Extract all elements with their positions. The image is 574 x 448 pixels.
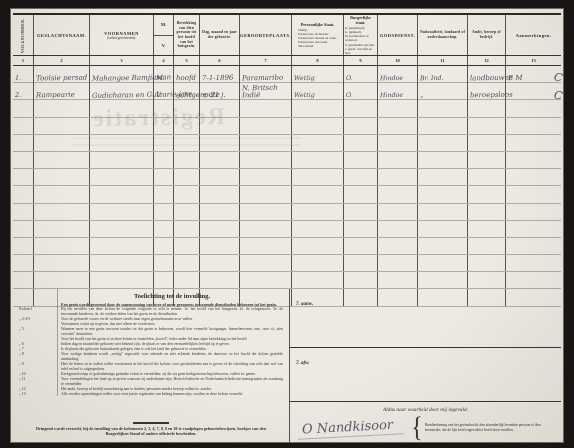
table-cell	[33, 118, 89, 134]
table-row	[13, 186, 561, 203]
table-cell	[343, 100, 377, 116]
column-number: 3	[89, 56, 153, 65]
instructions-title: Toelichting tot de invulling.	[61, 293, 283, 300]
table-cell	[173, 169, 199, 185]
table-cell	[239, 204, 291, 220]
table-cell	[33, 255, 89, 271]
table-row	[13, 169, 561, 186]
header-nationaliteit: Nationaliteit, landaard of onderdaanscha…	[417, 15, 467, 55]
table-cell	[239, 118, 291, 134]
table-cell	[33, 221, 89, 237]
table-row: 2.RampearieGudicharan en Gulzarie jareVe…	[13, 83, 561, 100]
table-cell	[153, 255, 173, 271]
table-cell	[377, 118, 417, 134]
table-cell	[199, 204, 239, 220]
table-cell	[343, 238, 377, 254]
handwritten-entry: „	[420, 92, 423, 99]
table-cell	[505, 118, 561, 134]
photo-background: Registratie VOLGNUMMER. GESLACHTSNAAM. V…	[0, 0, 574, 448]
table-cell	[13, 135, 33, 151]
table-cell	[33, 152, 89, 168]
instructions-notes: Kolom 1Bij het invullen van deze kolom d…	[61, 307, 283, 397]
handwritten-entry: V	[156, 91, 161, 99]
handwritten-entry: Toolsie persad	[36, 74, 87, 83]
instruction-note: „ 9Hier de letters in te vullen welke vo…	[61, 362, 283, 372]
table-cell	[13, 100, 33, 116]
table-cell	[343, 169, 377, 185]
margin-flourish-1: C	[552, 70, 563, 84]
note-margin-label: „ 8	[19, 352, 57, 357]
register-table: VOLGNUMMER. GESLACHTSNAAM. VOORNAMEN(vol…	[13, 13, 561, 307]
header-voornamen: VOORNAMEN(voluit geschreven).	[89, 15, 153, 55]
table-cell	[13, 152, 33, 168]
note-text: Alle verdere opmerkingen welke voor eene…	[61, 392, 243, 396]
header-geslacht: M. V.	[153, 15, 173, 55]
column-number: 4	[153, 56, 173, 65]
note-text: Hier de letters in te vullen welke voork…	[61, 362, 283, 371]
footer-text: Dringend wordt verzocht, bij de invullin…	[27, 426, 275, 437]
note-text: Wanneer men in een gezin inwoont zonder …	[61, 327, 283, 336]
table-cell	[239, 238, 291, 254]
table-cell	[505, 255, 561, 271]
bleedthrough-text-lines	[71, 137, 301, 151]
table-cell	[239, 152, 291, 168]
handwritten-entry: 7-1-1896	[202, 74, 234, 83]
table-cell	[377, 169, 417, 185]
table-cell	[343, 272, 377, 288]
table-cell	[417, 238, 467, 254]
table-cell	[173, 272, 199, 288]
handwritten-entry: Paramaribo	[242, 75, 283, 83]
table-cell	[505, 169, 561, 185]
handwritten-entry: Br. Ind.	[420, 75, 444, 82]
handwritten-entry: 2.	[15, 91, 21, 99]
persoonlijke-staat-options: Wettig. Erkend door de moeder. Erkend do…	[298, 28, 337, 49]
table-cell	[89, 152, 153, 168]
instructions-text-area: Toelichting tot de invulling. Een gezin …	[13, 289, 289, 422]
table-cell	[89, 169, 153, 185]
instruction-note: Kolom 1Bij het invullen van deze kolom d…	[61, 307, 283, 317]
table-cell	[467, 118, 505, 134]
aanwezig-label: 7. aanw.	[296, 302, 313, 307]
table-cell	[467, 135, 505, 151]
table-cell	[239, 100, 291, 116]
table-cell	[417, 272, 467, 288]
note-text: Voor het hoofd van het gezin is in deze …	[61, 337, 247, 341]
column-number: 6	[199, 56, 239, 65]
table-cell	[33, 100, 89, 116]
table-cell	[239, 221, 291, 237]
column-number: 7	[239, 56, 291, 65]
table-cell	[467, 100, 505, 116]
gutter-divider	[57, 289, 58, 396]
table-cell	[199, 238, 239, 254]
header-persoonlijke-staat: Persoonlijke Staat. Wettig. Erkend door …	[291, 15, 343, 55]
table-cell	[89, 238, 153, 254]
table-cell	[153, 118, 173, 134]
signature-note: Handteekening van het gezinshoofd, den a…	[425, 423, 543, 433]
header-geboorteplaats: GEBOORTEPLAATS.	[239, 15, 291, 55]
table-cell	[173, 118, 199, 134]
note-text: Voor vreemdelingen het land op te geven …	[61, 377, 283, 386]
table-cell	[377, 255, 417, 271]
table-cell	[291, 186, 343, 202]
note-text: Indien dag en maand der geboorte niet be…	[61, 342, 230, 346]
table-cell	[291, 169, 343, 185]
summary-block: 7. aanw. 7. afw. Aldus naar waarheid doo…	[289, 289, 561, 442]
table-row: 1.Toolsie persadMahangoe RamjiawanMhoofd…	[13, 66, 561, 83]
bottom-section: Toelichting tot de invulling. Een gezin …	[13, 289, 561, 442]
column-number: 13	[505, 56, 561, 65]
note-text: Kerkgenootschap of godsdienstige gezindt…	[61, 372, 256, 376]
table-cell	[467, 221, 505, 237]
table-cell	[239, 186, 291, 202]
table-cell	[199, 118, 239, 134]
signature-handwriting: O Nandkisoor	[298, 417, 404, 439]
table-cell	[291, 238, 343, 254]
table-cell	[33, 186, 89, 202]
instruction-note: „ 5Wanneer men in een gezin inwoont zond…	[61, 327, 283, 337]
table-cell	[505, 135, 561, 151]
column-number: 11	[417, 56, 467, 65]
signature-row: O Nandkisoor { Handteekening van het gez…	[290, 416, 561, 440]
note-margin-label: Kolom 1	[19, 307, 57, 312]
table-cell	[33, 204, 89, 220]
table-cell	[13, 221, 33, 237]
handwritten-entry: beroepsloos	[470, 91, 513, 100]
header-volgnummer: VOLGNUMMER.	[13, 15, 33, 55]
table-cell	[153, 152, 173, 168]
table-cell	[417, 186, 467, 202]
note-text: Het ambt, beroep of bedrijf nauwkeurig a…	[61, 387, 212, 391]
table-cell	[173, 255, 199, 271]
table-cell	[417, 204, 467, 220]
handwritten-entry: O.	[346, 92, 353, 99]
attestation-zone: Aldus naar waarheid door mij ingevuld. O…	[290, 401, 561, 442]
table-cell	[153, 238, 173, 254]
note-text: Voornamen voluit op te geven, dus niet a…	[61, 322, 155, 326]
table-cell	[291, 221, 343, 237]
table-cell	[467, 204, 505, 220]
header-geslacht-v: V.	[154, 36, 173, 56]
column-number: 1	[13, 56, 33, 65]
table-cell	[467, 152, 505, 168]
table-cell	[291, 152, 343, 168]
table-cell	[377, 152, 417, 168]
table-cell	[291, 118, 343, 134]
table-cell	[505, 272, 561, 288]
table-cell	[343, 186, 377, 202]
header-godsdienst: GODSDIENST.	[377, 15, 417, 55]
table-cell	[377, 204, 417, 220]
table-row	[13, 238, 561, 255]
table-header-row: VOLGNUMMER. GESLACHTSNAAM. VOORNAMEN(vol…	[13, 13, 561, 56]
table-cell	[89, 204, 153, 220]
column-number: 8	[291, 56, 343, 65]
column-number: 9	[343, 56, 377, 65]
table-cell	[417, 169, 467, 185]
table-cell	[467, 238, 505, 254]
column-number: 5	[173, 56, 199, 65]
handwritten-entry: Wettig	[294, 75, 315, 82]
instruction-note: „ 11Voor vreemdelingen het land op te ge…	[61, 377, 283, 387]
table-cell	[89, 272, 153, 288]
column-number: 2	[33, 56, 89, 65]
table-cell	[239, 272, 291, 288]
table-cell	[153, 186, 173, 202]
table-cell	[13, 186, 33, 202]
burgerlijke-staat-options: O. (ongehuwd). G. (gehuwd). W. (weduwnaa…	[345, 26, 376, 55]
footer-rule	[133, 422, 169, 423]
table-cell	[505, 152, 561, 168]
table-cell	[343, 221, 377, 237]
table-cell	[13, 204, 33, 220]
note-margin-label: „ 9	[19, 362, 57, 367]
table-cell	[417, 135, 467, 151]
table-cell	[467, 186, 505, 202]
table-row	[13, 152, 561, 169]
table-cell	[153, 100, 173, 116]
afwezig-zone: 7. afw.	[290, 347, 561, 401]
column-number: 10	[377, 56, 417, 65]
table-cell	[89, 221, 153, 237]
table-cell	[173, 186, 199, 202]
table-cell	[343, 118, 377, 134]
handwritten-entry: Hindoe	[380, 75, 403, 82]
table-body: 1.Toolsie persadMahangoe RamjiawanMhoofd…	[13, 66, 561, 307]
header-beroep: Ambt, beroep of bedrijf.	[467, 15, 505, 55]
table-cell	[33, 272, 89, 288]
table-cell	[377, 100, 417, 116]
table-cell	[377, 272, 417, 288]
note-text: Voor de gehuwde vrouw en de weduwe steed…	[61, 317, 193, 321]
table-cell	[505, 221, 561, 237]
column-number: 12	[467, 56, 505, 65]
table-cell	[239, 169, 291, 185]
header-geboortedatum: Dag, maand en jaar der geboorte.	[199, 15, 239, 55]
note-text: Is de plaats der geboorte buitenslands g…	[61, 347, 207, 351]
table-cell	[467, 169, 505, 185]
handwritten-entry: ± 21 j.	[202, 91, 226, 99]
table-cell	[33, 169, 89, 185]
table-cell	[417, 221, 467, 237]
table-cell	[153, 272, 173, 288]
attestation-statement: Aldus naar waarheid door mij ingevuld.	[290, 407, 561, 413]
table-cell	[89, 186, 153, 202]
instruction-note: „ 8Voor wettige kinderen wordt „wettig” …	[61, 352, 283, 362]
header-aanmerkingen: Aanmerkingen.	[505, 15, 561, 55]
handwritten-entry: hoofd	[176, 74, 196, 82]
table-cell	[377, 221, 417, 237]
table-row	[13, 118, 561, 135]
table-cell	[199, 221, 239, 237]
table-cell	[13, 238, 33, 254]
header-betrekking: Betrekking van dien persoon tot het hoof…	[173, 15, 199, 55]
table-cell	[239, 255, 291, 271]
table-cell	[417, 100, 467, 116]
table-row	[13, 255, 561, 272]
table-cell	[13, 255, 33, 271]
table-cell	[89, 118, 153, 134]
table-cell	[417, 118, 467, 134]
table-cell	[199, 152, 239, 168]
table-cell	[173, 100, 199, 116]
table-cell	[343, 152, 377, 168]
table-cell	[291, 100, 343, 116]
table-cell	[89, 100, 153, 116]
table-cell	[199, 186, 239, 202]
note-text: Bij het invullen van deze kolom de volge…	[61, 307, 283, 316]
table-cell	[291, 272, 343, 288]
table-row	[13, 204, 561, 221]
table-cell	[467, 272, 505, 288]
header-burgerlijke-staat: Burgerlijke staat. O. (ongehuwd). G. (ge…	[343, 15, 377, 55]
table-cell	[417, 152, 467, 168]
footer-notice: Dringend wordt verzocht, bij de invullin…	[13, 422, 289, 442]
margin-flourish-2: C	[552, 88, 563, 102]
table-cell	[417, 255, 467, 271]
handwritten-entry: Hindoe	[380, 92, 403, 99]
table-cell	[505, 100, 561, 116]
table-cell	[153, 221, 173, 237]
handwritten-entry: Wettig	[294, 92, 315, 99]
table-cell	[343, 204, 377, 220]
note-margin-label: „ 11	[19, 377, 57, 382]
header-geslacht-m: M.	[154, 15, 173, 36]
handwritten-entry: M	[156, 74, 163, 82]
table-cell	[467, 255, 505, 271]
handwritten-entry: 1.	[15, 74, 21, 82]
table-cell	[153, 204, 173, 220]
brace-glyph: {	[411, 414, 423, 443]
table-cell	[505, 238, 561, 254]
table-cell	[377, 186, 417, 202]
table-cell	[13, 272, 33, 288]
table-cell	[199, 272, 239, 288]
table-cell	[199, 255, 239, 271]
table-cell	[377, 135, 417, 151]
note-margin-label: „ 2-4-5	[19, 317, 57, 322]
table-cell	[173, 204, 199, 220]
table-cell	[173, 238, 199, 254]
table-cell	[377, 238, 417, 254]
table-row	[13, 272, 561, 289]
table-cell	[153, 169, 173, 185]
table-cell	[291, 204, 343, 220]
table-cell	[199, 169, 239, 185]
census-family-card: Registratie VOLGNUMMER. GESLACHTSNAAM. V…	[10, 8, 564, 443]
table-cell	[33, 238, 89, 254]
handwritten-entry: O.	[346, 75, 353, 82]
table-cell	[199, 100, 239, 116]
handwritten-entry: Rampearie	[36, 91, 75, 100]
handwritten-entry: B M	[508, 74, 523, 82]
column-number-row: 12345678910111213	[13, 56, 561, 66]
afwezig-label: 7. afw.	[296, 361, 310, 366]
table-cell	[343, 135, 377, 151]
table-row	[13, 221, 561, 238]
table-cell	[89, 255, 153, 271]
handwritten-entry: N. Britsch Indië	[242, 85, 289, 100]
table-cell	[505, 204, 561, 220]
note-margin-label: „ 13	[19, 392, 57, 397]
instruction-note: „ 13Alle verdere opmerkingen welke voor …	[61, 392, 283, 397]
note-margin-label: „ 5	[19, 327, 57, 332]
table-row	[13, 100, 561, 117]
table-cell	[291, 255, 343, 271]
table-cell	[343, 255, 377, 271]
table-cell	[13, 169, 33, 185]
table-cell	[173, 152, 199, 168]
table-cell	[13, 118, 33, 134]
header-geslachtsnaam: GESLACHTSNAAM.	[33, 15, 89, 55]
table-cell	[173, 221, 199, 237]
table-cell	[505, 186, 561, 202]
handwritten-entry: landbouwer	[470, 74, 512, 83]
aanwezig-zone: 7. aanw.	[290, 289, 561, 347]
instructions-block: Toelichting tot de invulling. Een gezin …	[13, 289, 289, 442]
note-text: Voor wettige kinderen wordt „wettig” ing…	[61, 352, 283, 361]
